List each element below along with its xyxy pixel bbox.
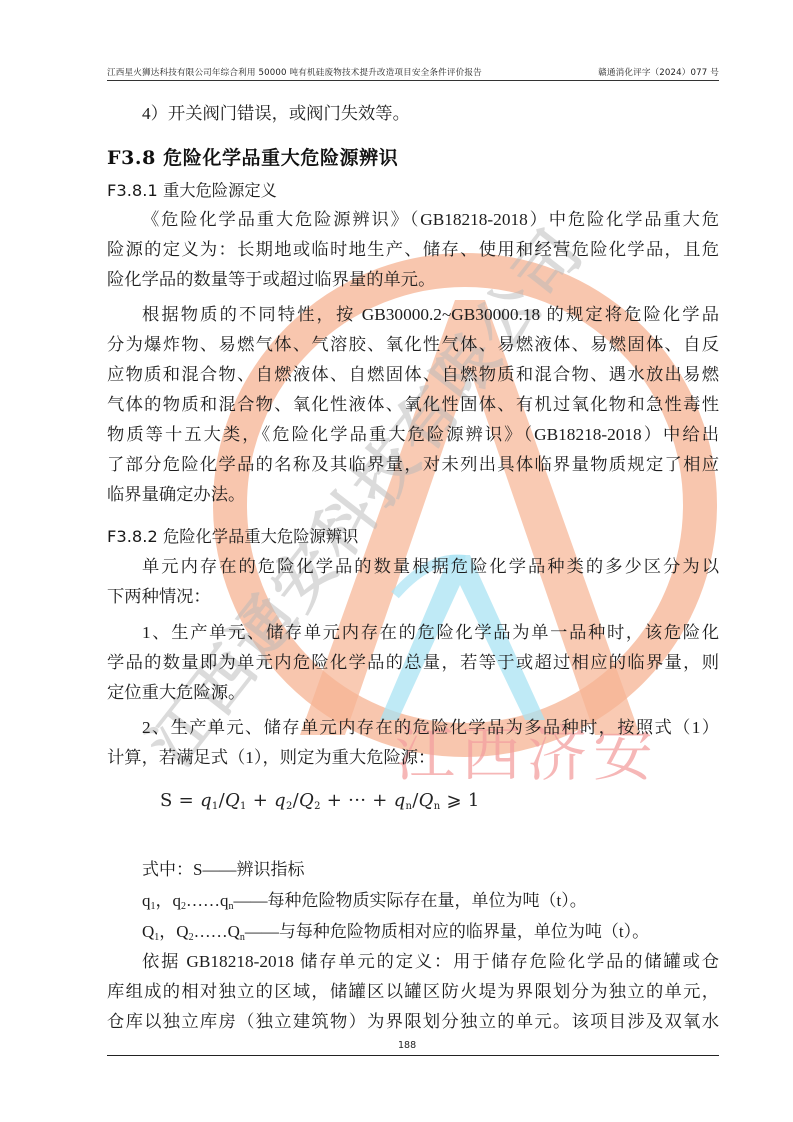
paragraph-line: 临界量确定办法。 bbox=[107, 485, 719, 505]
page-header: 江西星火狮达科技有限公司年综合利用 50000 吨有机硅废物技术提升改造项目安全… bbox=[107, 66, 719, 80]
paragraph-line: 物质等十五大类，《危险化学品重大危险源辨识》（GB18218-2018）中给出 bbox=[107, 425, 719, 445]
paragraph-line: 《危险化学品重大危险源辨识》（GB18218-2018）中危险化学品重大危 bbox=[142, 210, 719, 230]
paragraph-line: 库组成的相对独立的区域，储罐区以罐区防火堤为界限划分为独立的单元， bbox=[107, 982, 719, 1002]
formula-definition-s: 式中：S——辨识指标 bbox=[142, 855, 304, 880]
paragraph-line: 应物质和混合物、自燃液体、自燃固体、自燃物质和混合物、遇水放出易燃 bbox=[107, 365, 719, 385]
section-heading: F3.8 危险化学品重大危险源辨识 bbox=[107, 143, 398, 170]
header-document-number: 赣通消化评字（2024）077 号 bbox=[598, 66, 719, 78]
formula-1: S = q1/Q1 + q2/Q2 + ··· + qn/Qn ⩾ 1 bbox=[160, 790, 480, 812]
paragraph-line: 学品的数量即为单元内危险化学品的总量，若等于或超过相应的临界量，则 bbox=[107, 653, 719, 673]
paragraph-line: 仓库以独立库房（独立建筑物）为界限划分独立的单元。该项目涉及双氧水 bbox=[107, 1012, 719, 1032]
list-item-4: 4）开关阀门错误，或阀门失效等。 bbox=[142, 104, 719, 124]
paragraph-line: 定位重大危险源。 bbox=[107, 683, 719, 703]
paragraph-line: 计算，若满足式（1），则定为重大危险源： bbox=[107, 748, 719, 768]
document-page: 江西通安科技有限公司 江西济安 江西星火狮达科技有限公司年综合利用 50000 … bbox=[0, 0, 793, 1122]
paragraph-line: 下两种情况： bbox=[107, 587, 719, 607]
paragraph-line: 分为爆炸物、易燃气体、气溶胶、氧化性气体、易燃液体、易燃固体、自反 bbox=[107, 335, 719, 355]
header-report-title: 江西星火狮达科技有限公司年综合利用 50000 吨有机硅废物技术提升改造项目安全… bbox=[107, 66, 482, 78]
paragraph-line: 2、生产单元、储存单元内存在的危险化学品为多品种时，按照式（1） bbox=[142, 718, 719, 738]
paragraph-line: 1、生产单元、储存单元内存在的危险化学品为单一品种时，该危险化 bbox=[142, 623, 719, 643]
paragraph-line: 依据 GB18218-2018 储存单元的定义：用于储存危险化学品的储罐或仓 bbox=[142, 952, 719, 972]
formula-definition-q: q1，q2……qn——每种危险物质实际存在量，单位为吨（t）。 bbox=[142, 886, 587, 912]
paragraph-line: 单元内存在的危险化学品的数量根据危险化学品种类的多少区分为以 bbox=[142, 557, 719, 577]
paragraph-line: 气体的物质和混合物、氧化性液体、氧化性固体、有机过氧化物和急性毒性 bbox=[107, 395, 719, 415]
paragraph-line: 了部分危险化学品的名称及其临界量，对未列出具体临界量物质规定了相应 bbox=[107, 455, 719, 475]
paragraph-line: 险源的定义为：长期地或临时地生产、储存、使用和经营危险化学品，且危 bbox=[107, 240, 719, 260]
paragraph-line: 根据物质的不同特性，按 GB30000.2~GB30000.18 的规定将危险化… bbox=[142, 305, 719, 325]
footer-divider bbox=[107, 1055, 719, 1056]
subsection-heading-2: F3.8.2 危险化学品重大危险源辨识 bbox=[107, 523, 358, 547]
page-number: 188 bbox=[398, 1040, 416, 1051]
formula-definition-Q: Q1，Q2……Qn——与每种危险物质相对应的临界量，单位为吨（t）。 bbox=[142, 917, 649, 943]
header-divider bbox=[107, 80, 719, 81]
paragraph-line: 险化学品的数量等于或超过临界量的单元。 bbox=[107, 270, 719, 290]
subsection-heading-1: F3.8.1 重大危险源定义 bbox=[107, 177, 277, 201]
